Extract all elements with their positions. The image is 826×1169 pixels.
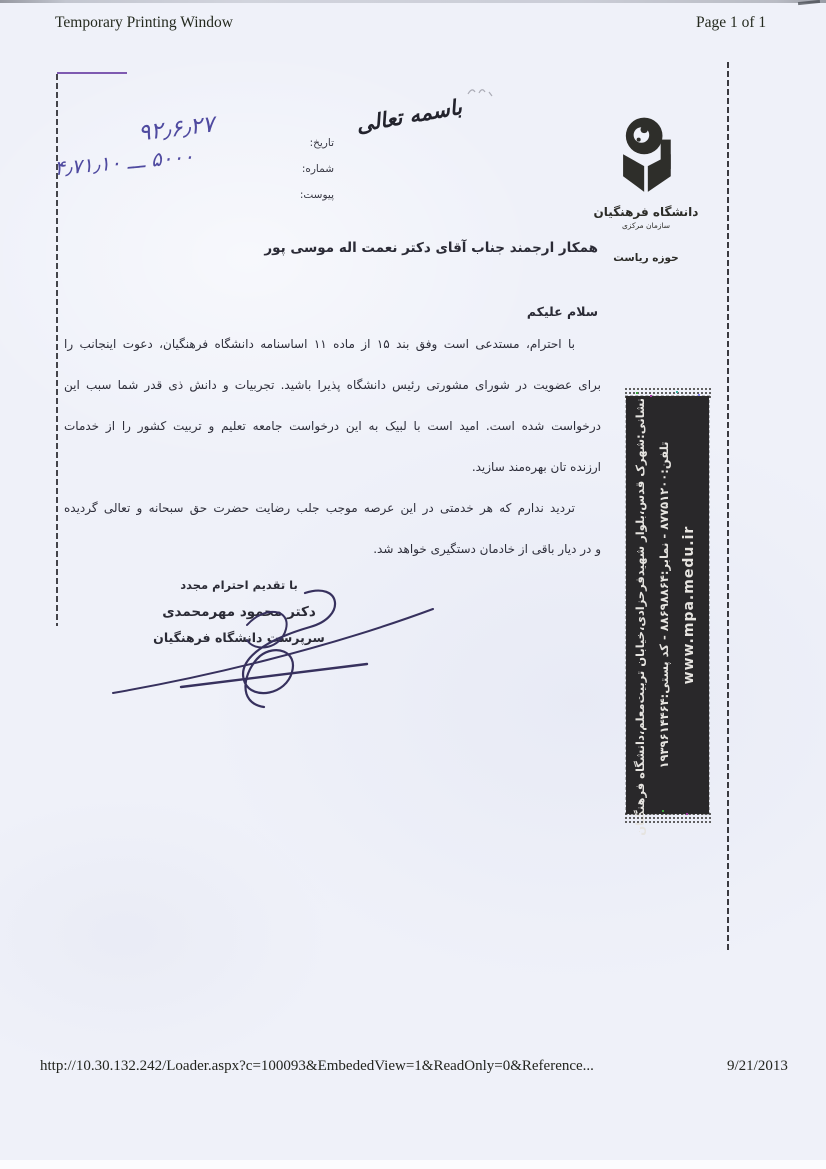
stamp-date-label: تاریخ: (284, 130, 334, 156)
body-line: با احترام، مستدعی است وفق بند ۱۵ از ماده… (64, 324, 601, 365)
salutation-line: سلام علیکم (527, 304, 598, 319)
recipient-line: همکار ارجمند جناب آقای دکتر نعمت اله موس… (264, 240, 598, 256)
letter-body: با احترام، مستدعی است وفق بند ۱۵ از ماده… (64, 324, 601, 570)
scan-right-edge (727, 62, 729, 952)
logo-department: حوزه ریاست (592, 252, 700, 264)
body-line: درخواست شده است. امید است با لبیک به این… (64, 406, 601, 447)
handwritten-date: ۹۲٫۶٫۲۷ (137, 111, 216, 146)
scan-top-edge (0, 0, 826, 3)
scan-fold-line (57, 72, 127, 74)
letterhead-stamp: تاریخ: شماره: پیوست: (284, 130, 334, 208)
pencil-scribble-mark (465, 84, 495, 100)
stamp-attachment-label: پیوست: (284, 182, 334, 208)
scan-noise-specks (636, 392, 638, 394)
scan-bottom-edge (0, 1160, 826, 1169)
handwritten-number: ۵۰۰۰ ـــ ۴٫۷۱٫۱۰ (53, 144, 195, 180)
logo-university-name: دانشگاه فرهنگیان (592, 205, 700, 219)
sideband-website: www.mpa.medu.ir (676, 398, 702, 812)
sideband-phone: تلفن:۸۷۷۵۱۲۰۰ - نمابر:۸۸۶۹۸۸۶۴ - کد پستی… (652, 398, 676, 812)
body-line: تردید ندارم که هر خدمتی در این عرصه موجب… (64, 488, 601, 529)
print-preview-page: Temporary Printing Window Page 1 of 1 تا… (0, 0, 826, 1169)
footer-url: http://10.30.132.242/Loader.aspx?c=10009… (40, 1058, 594, 1075)
body-line: برای عضویت در شورای مشورتی رئیس دانشگاه … (64, 365, 601, 406)
scan-corner-mark (798, 0, 820, 5)
contact-sideband-text: نشانی:شهرک قدس،بلوار شهیدفرحزادی،خیابان … (628, 398, 708, 812)
logo-org-subtitle: سازمان مرکزی (592, 221, 700, 230)
university-logo-icon (613, 114, 679, 200)
besmele-calligraphy: باسمه تعالی (333, 91, 485, 141)
sideband-address: نشانی:شهرک قدس،بلوار شهیدفرحزادی،خیابان … (628, 398, 652, 812)
letterhead-logo: دانشگاه فرهنگیان سازمان مرکزی حوزه ریاست (592, 114, 700, 264)
footer-date: 9/21/2013 (727, 1058, 788, 1075)
contact-sideband: نشانی:شهرک قدس،بلوار شهیدفرحزادی،خیابان … (626, 396, 709, 814)
stamp-number-label: شماره: (284, 156, 334, 182)
page-count-label: Page 1 of 1 (696, 14, 766, 32)
window-title: Temporary Printing Window (55, 14, 233, 32)
signature-scribble (95, 563, 440, 718)
body-line: ارزنده تان بهره‌مند سازید. (64, 447, 601, 488)
